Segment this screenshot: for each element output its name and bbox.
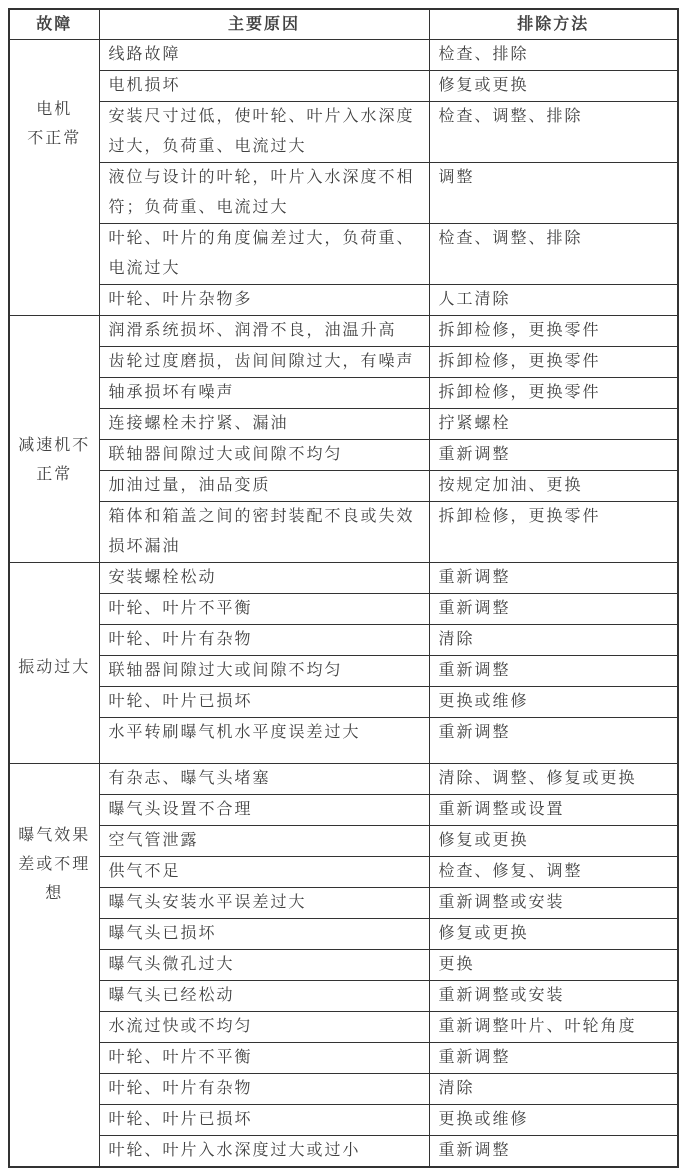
remedy-cell: 修复或更换 <box>429 919 678 950</box>
table-row: 叶轮、叶片入水深度过大或过小重新调整 <box>9 1136 678 1168</box>
table-row: 水平转刷曝气机水平度误差过大重新调整 <box>9 718 678 764</box>
cause-cell: 叶轮、叶片不平衡 <box>99 594 429 625</box>
cause-cell: 箱体和箱盖之间的密封装配不良或失效损坏漏油 <box>99 502 429 563</box>
fault-label: 曝气效果差或不理想 <box>10 764 99 908</box>
cause-cell: 轴承损坏有噪声 <box>99 378 429 409</box>
table-row: 轴承损坏有噪声拆卸检修，更换零件 <box>9 378 678 409</box>
table-row: 曝气头已经松动重新调整或安装 <box>9 981 678 1012</box>
cause-cell: 叶轮、叶片有杂物 <box>99 1074 429 1105</box>
table-row: 联轴器间隙过大或间隙不均匀重新调整 <box>9 440 678 471</box>
table-row: 供气不足检查、修复、调整 <box>9 857 678 888</box>
remedy-cell: 重新调整或安装 <box>429 888 678 919</box>
table-row: 空气管泄露修复或更换 <box>9 826 678 857</box>
table-row: 叶轮、叶片杂物多人工清除 <box>9 285 678 316</box>
remedy-cell: 重新调整 <box>429 594 678 625</box>
remedy-cell: 拆卸检修，更换零件 <box>429 316 678 347</box>
remedy-cell: 检查、调整、排除 <box>429 102 678 163</box>
troubleshooting-table: 故障 主要原因 排除方法 电机不正常线路故障检查、排除电机损坏修复或更换安装尺寸… <box>8 8 679 1168</box>
remedy-cell: 拧紧螺栓 <box>429 409 678 440</box>
header-cell-cause: 主要原因 <box>99 9 429 40</box>
table-row: 叶轮、叶片有杂物清除 <box>9 1074 678 1105</box>
table-row: 安装尺寸过低，使叶轮、叶片入水深度过大，负荷重、电流过大检查、调整、排除 <box>9 102 678 163</box>
cause-cell: 水平转刷曝气机水平度误差过大 <box>99 718 429 764</box>
remedy-cell: 更换或维修 <box>429 1105 678 1136</box>
cause-cell: 连接螺栓未拧紧、漏油 <box>99 409 429 440</box>
remedy-cell: 重新调整 <box>429 718 678 764</box>
cause-cell: 有杂志、曝气头堵塞 <box>99 764 429 795</box>
table-row: 叶轮、叶片的角度偏差过大，负荷重、电流过大检查、调整、排除 <box>9 224 678 285</box>
table-row: 电机不正常线路故障检查、排除 <box>9 40 678 71</box>
remedy-cell: 拆卸检修，更换零件 <box>429 347 678 378</box>
table-row: 叶轮、叶片有杂物清除 <box>9 625 678 656</box>
table-row: 减速机不正常润滑系统损坏、润滑不良，油温升高拆卸检修，更换零件 <box>9 316 678 347</box>
cause-cell: 加油过量，油品变质 <box>99 471 429 502</box>
remedy-cell: 拆卸检修，更换零件 <box>429 502 678 563</box>
remedy-cell: 修复或更换 <box>429 826 678 857</box>
table-row: 曝气头安装水平误差过大重新调整或安装 <box>9 888 678 919</box>
remedy-cell: 重新调整 <box>429 563 678 594</box>
cause-cell: 叶轮、叶片杂物多 <box>99 285 429 316</box>
table-row: 曝气头已损坏修复或更换 <box>9 919 678 950</box>
table-row: 液位与设计的叶轮，叶片入水深度不相符；负荷重、电流过大调整 <box>9 163 678 224</box>
header-cell-remedy: 排除方法 <box>429 9 678 40</box>
table-row: 曝气头设置不合理重新调整或设置 <box>9 795 678 826</box>
cause-cell: 联轴器间隙过大或间隙不均匀 <box>99 440 429 471</box>
remedy-cell: 清除 <box>429 1074 678 1105</box>
fault-group-cell: 振动过大 <box>9 563 99 764</box>
fault-label-line: 想 <box>10 879 99 908</box>
cause-cell: 液位与设计的叶轮，叶片入水深度不相符；负荷重、电流过大 <box>99 163 429 224</box>
remedy-cell: 检查、修复、调整 <box>429 857 678 888</box>
fault-label-line: 不正常 <box>10 124 99 153</box>
remedy-cell: 拆卸检修，更换零件 <box>429 378 678 409</box>
fault-label-line: 差或不理 <box>10 850 99 879</box>
remedy-cell: 修复或更换 <box>429 71 678 102</box>
remedy-cell: 按规定加油、更换 <box>429 471 678 502</box>
table-row: 箱体和箱盖之间的密封装配不良或失效损坏漏油拆卸检修，更换零件 <box>9 502 678 563</box>
table-row: 加油过量，油品变质按规定加油、更换 <box>9 471 678 502</box>
table-row: 联轴器间隙过大或间隙不均匀重新调整 <box>9 656 678 687</box>
cause-cell: 叶轮、叶片有杂物 <box>99 625 429 656</box>
table-header-row: 故障 主要原因 排除方法 <box>9 9 678 40</box>
cause-cell: 安装尺寸过低，使叶轮、叶片入水深度过大，负荷重、电流过大 <box>99 102 429 163</box>
fault-group-cell: 电机不正常 <box>9 40 99 316</box>
remedy-cell: 重新调整 <box>429 656 678 687</box>
table-row: 水流过快或不均匀重新调整叶片、叶轮角度 <box>9 1012 678 1043</box>
cause-cell: 线路故障 <box>99 40 429 71</box>
remedy-cell: 检查、排除 <box>429 40 678 71</box>
fault-label-line: 曝气效果 <box>10 821 99 850</box>
remedy-cell: 人工清除 <box>429 285 678 316</box>
remedy-cell: 更换 <box>429 950 678 981</box>
cause-cell: 曝气头已损坏 <box>99 919 429 950</box>
fault-group-cell: 减速机不正常 <box>9 316 99 563</box>
cause-cell: 曝气头已经松动 <box>99 981 429 1012</box>
cause-cell: 曝气头设置不合理 <box>99 795 429 826</box>
remedy-cell: 更换或维修 <box>429 687 678 718</box>
cause-cell: 叶轮、叶片已损坏 <box>99 1105 429 1136</box>
remedy-cell: 重新调整 <box>429 1043 678 1074</box>
cause-cell: 电机损坏 <box>99 71 429 102</box>
fault-label: 电机不正常 <box>10 40 99 153</box>
remedy-cell: 重新调整 <box>429 440 678 471</box>
remedy-cell: 重新调整或安装 <box>429 981 678 1012</box>
fault-label-line: 正常 <box>10 460 99 489</box>
table-row: 叶轮、叶片已损坏更换或维修 <box>9 1105 678 1136</box>
table-row: 齿轮过度磨损，齿间间隙过大，有噪声拆卸检修，更换零件 <box>9 347 678 378</box>
header-cell-fault: 故障 <box>9 9 99 40</box>
cause-cell: 叶轮、叶片的角度偏差过大，负荷重、电流过大 <box>99 224 429 285</box>
cause-cell: 润滑系统损坏、润滑不良，油温升高 <box>99 316 429 347</box>
remedy-cell: 重新调整 <box>429 1136 678 1168</box>
fault-label-line: 振动过大 <box>10 653 99 682</box>
cause-cell: 曝气头微孔过大 <box>99 950 429 981</box>
remedy-cell: 重新调整或设置 <box>429 795 678 826</box>
table-row: 叶轮、叶片不平衡重新调整 <box>9 594 678 625</box>
table-row: 叶轮、叶片已损坏更换或维修 <box>9 687 678 718</box>
cause-cell: 联轴器间隙过大或间隙不均匀 <box>99 656 429 687</box>
remedy-cell: 调整 <box>429 163 678 224</box>
cause-cell: 叶轮、叶片不平衡 <box>99 1043 429 1074</box>
cause-cell: 水流过快或不均匀 <box>99 1012 429 1043</box>
table-row: 叶轮、叶片不平衡重新调整 <box>9 1043 678 1074</box>
remedy-cell: 重新调整叶片、叶轮角度 <box>429 1012 678 1043</box>
table-row: 曝气效果差或不理想有杂志、曝气头堵塞清除、调整、修复或更换 <box>9 764 678 795</box>
remedy-cell: 清除 <box>429 625 678 656</box>
fault-label-line: 电机 <box>10 95 99 124</box>
table-row: 连接螺栓未拧紧、漏油拧紧螺栓 <box>9 409 678 440</box>
cause-cell: 曝气头安装水平误差过大 <box>99 888 429 919</box>
fault-label: 减速机不正常 <box>10 316 99 489</box>
table-row: 电机损坏修复或更换 <box>9 71 678 102</box>
cause-cell: 叶轮、叶片入水深度过大或过小 <box>99 1136 429 1168</box>
remedy-cell: 检查、调整、排除 <box>429 224 678 285</box>
cause-cell: 安装螺栓松动 <box>99 563 429 594</box>
remedy-cell: 清除、调整、修复或更换 <box>429 764 678 795</box>
table-row: 曝气头微孔过大更换 <box>9 950 678 981</box>
fault-label-line: 减速机不 <box>10 431 99 460</box>
cause-cell: 空气管泄露 <box>99 826 429 857</box>
cause-cell: 叶轮、叶片已损坏 <box>99 687 429 718</box>
cause-cell: 齿轮过度磨损，齿间间隙过大，有噪声 <box>99 347 429 378</box>
table-body: 电机不正常线路故障检查、排除电机损坏修复或更换安装尺寸过低，使叶轮、叶片入水深度… <box>9 40 678 1168</box>
cause-cell: 供气不足 <box>99 857 429 888</box>
document-page: 故障 主要原因 排除方法 电机不正常线路故障检查、排除电机损坏修复或更换安装尺寸… <box>0 0 685 1176</box>
fault-group-cell: 曝气效果差或不理想 <box>9 764 99 1168</box>
table-row: 振动过大安装螺栓松动重新调整 <box>9 563 678 594</box>
fault-label: 振动过大 <box>10 563 99 682</box>
